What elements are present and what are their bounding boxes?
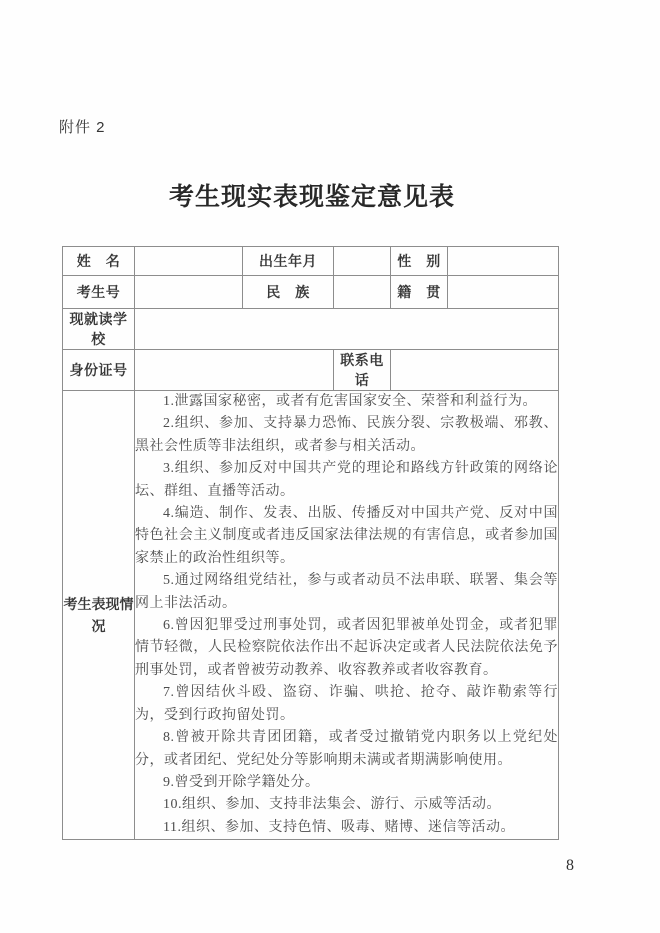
- attachment-label: 附件 2: [59, 116, 106, 137]
- contact-phone-label: 联系电话: [334, 350, 391, 391]
- contact-phone-value-cell: [391, 350, 559, 391]
- performance-section-label: 考生表现情 况: [63, 391, 135, 840]
- performance-item-4: 4.编造、制作、发表、出版、传播反对中国共产党、反对中国特色社会主义制度或者违反…: [135, 503, 558, 570]
- performance-item-2: 2.组织、参加、支持暴力恐怖、民族分裂、宗教极端、邪教、黑社会性质等非法组织，或…: [135, 413, 558, 458]
- table-row: 现就读学校: [63, 309, 559, 350]
- performance-label-line1: 考生表现情: [63, 593, 134, 615]
- table-row: 考生号 民 族 籍 贯: [63, 276, 559, 309]
- table-row: 考生表现情 况 1.泄露国家秘密，或者有危害国家安全、荣誉和利益行为。 2.组织…: [63, 391, 559, 840]
- candidate-number-value-cell: [135, 276, 243, 309]
- performance-item-10: 10.组织、参加、支持非法集会、游行、示威等活动。: [135, 794, 558, 816]
- performance-item-8: 8.曾被开除共青团团籍，或者受过撤销党内职务以上党纪处分，或者团纪、党纪处分等影…: [135, 727, 558, 772]
- id-number-label: 身份证号: [63, 350, 135, 391]
- performance-item-1: 1.泄露国家秘密，或者有危害国家安全、荣誉和利益行为。: [135, 391, 558, 413]
- performance-item-9: 9.曾受到开除学籍处分。: [135, 772, 558, 794]
- performance-item-3: 3.组织、参加反对中国共产党的理论和路线方针政策的网络论坛、群组、直播等活动。: [135, 458, 558, 503]
- performance-item-6: 6.曾因犯罪受过刑事处罚，或者因犯罪被单处罚金，或者犯罪情节轻微，人民检察院依法…: [135, 615, 558, 682]
- native-place-label: 籍 贯: [391, 276, 448, 309]
- table-row: 姓 名 出生年月 性 别: [63, 247, 559, 276]
- name-value-cell: [135, 247, 243, 276]
- performance-label-line2: 况: [63, 615, 134, 637]
- table-row: 身份证号 联系电话: [63, 350, 559, 391]
- birth-date-value-cell: [334, 247, 391, 276]
- current-school-label: 现就读学校: [63, 309, 135, 350]
- gender-value-cell: [448, 247, 559, 276]
- page-number: 8: [566, 857, 574, 875]
- performance-item-7: 7.曾因结伙斗殴、盗窃、诈骗、哄抢、抢夺、敲诈勒索等行为，受到行政拘留处罚。: [135, 682, 558, 727]
- native-place-value-cell: [448, 276, 559, 309]
- performance-items-cell: 1.泄露国家秘密，或者有危害国家安全、荣誉和利益行为。 2.组织、参加、支持暴力…: [135, 391, 559, 840]
- gender-label: 性 别: [391, 247, 448, 276]
- ethnicity-value-cell: [334, 276, 391, 309]
- candidate-number-label: 考生号: [63, 276, 135, 309]
- id-number-value-cell: [135, 350, 334, 391]
- page-title: 考生现实表现鉴定意见表: [62, 177, 562, 213]
- appraisal-form-table: 姓 名 出生年月 性 别 考生号 民 族 籍 贯 现就读学校 身份证号 联系电话: [62, 246, 559, 840]
- current-school-value-cell: [135, 309, 559, 350]
- performance-item-5: 5.通过网络组党结社，参与或者动员不法串联、联署、集会等网上非法活动。: [135, 570, 558, 615]
- name-label: 姓 名: [63, 247, 135, 276]
- birth-date-label: 出生年月: [243, 247, 334, 276]
- document-page: 附件 2 考生现实表现鉴定意见表 姓 名 出生年月 性 别 考生号 民 族 籍 …: [0, 0, 660, 933]
- performance-item-11: 11.组织、参加、支持色情、吸毒、赌博、迷信等活动。: [135, 817, 558, 839]
- ethnicity-label: 民 族: [243, 276, 334, 309]
